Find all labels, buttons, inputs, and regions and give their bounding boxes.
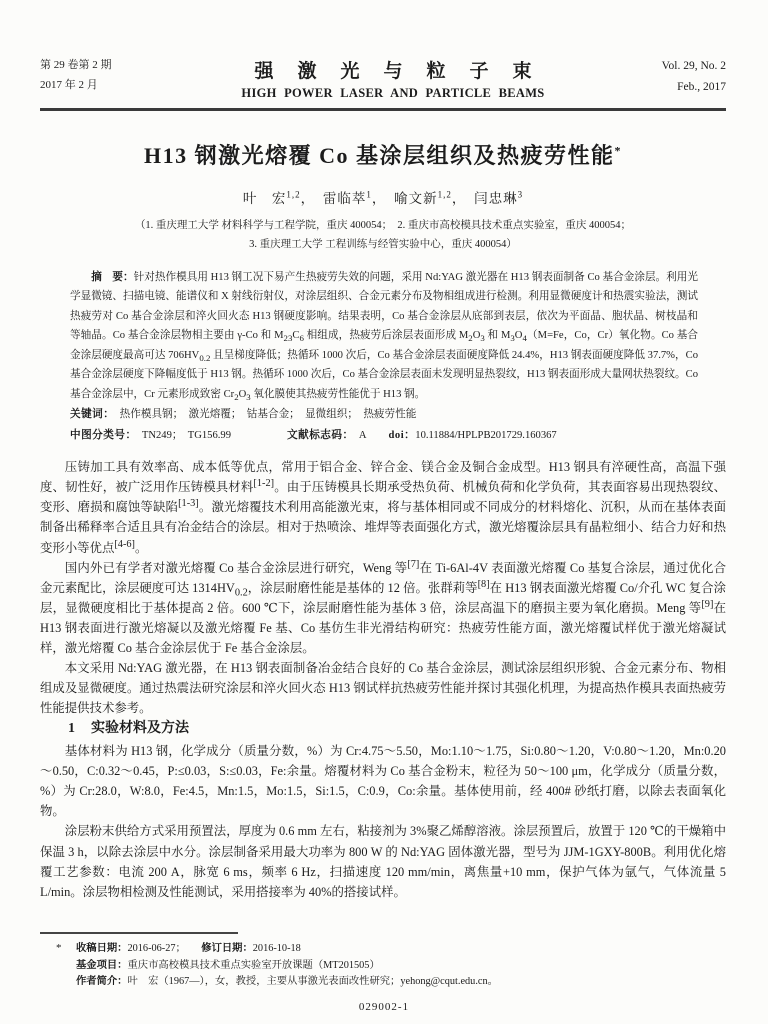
affiliations: （1. 重庆理工大学 材料科学与工程学院，重庆 400054； 2. 重庆市高校… [40, 216, 726, 255]
page-number: 029002-1 [0, 1001, 768, 1013]
doi-label: doi： [389, 430, 416, 441]
journal-header: 第 29 卷第 2 期 2017 年 2 月 强激光与粒子束 HIGH POWE… [40, 56, 726, 101]
issue-date-en: Feb., 2017 [626, 77, 726, 98]
clc-label: 中图分类号： [70, 430, 131, 441]
abstract-paragraph: 摘 要：针对热作模具用 H13 钢工况下易产生热疲劳失效的问题，采用 Nd:YA… [70, 268, 698, 404]
volume-number-en: Vol. 29, No. 2 [626, 56, 726, 77]
footnote-divider [40, 932, 238, 934]
journal-title-block: 强激光与粒子束 HIGH POWER LASER AND PARTICLE BE… [160, 56, 626, 101]
header-volume-block: Vol. 29, No. 2 Feb., 2017 [626, 56, 726, 97]
footnote-marker: * [56, 940, 62, 958]
issue-date-cn: 2017 年 2 月 [40, 76, 160, 96]
abstract-block: 摘 要：针对热作模具用 H13 钢工况下易产生热疲劳失效的问题，采用 Nd:YA… [70, 268, 698, 445]
journal-title-en: HIGH POWER LASER AND PARTICLE BEAMS [160, 86, 626, 101]
abstract-text: 针对热作模具用 H13 钢工况下易产生热疲劳失效的问题，采用 Nd:YAG 激光… [70, 272, 698, 400]
header-issue-block: 第 29 卷第 2 期 2017 年 2 月 [40, 56, 160, 96]
clc-value: TN249； TG156.99 [142, 430, 231, 441]
section-1-paragraph-2: 涂层粉末供给方式采用预置法，厚度为 0.6 mm 左右，粘接剂为 3%聚乙烯醇溶… [40, 821, 726, 901]
keywords-text: 热作模具钢； 激光熔覆； 钴基合金； 显微组织； 热疲劳性能 [120, 409, 417, 420]
journal-title-cn: 强激光与粒子束 [160, 56, 626, 83]
authors-line: 叶 宏1,2， 雷临萃1， 喻文新1,2， 闫忠琳3 [40, 187, 726, 207]
footnote-body: * 收稿日期：2016-06-27； 修订日期：2016-10-18 基金项目：… [40, 941, 726, 991]
doc-code-label: 文献标志码： [287, 430, 348, 441]
affiliation-line-1: （1. 重庆理工大学 材料科学与工程学院，重庆 400054； 2. 重庆市高校… [40, 216, 726, 235]
issue-number: 第 29 卷第 2 期 [40, 56, 160, 76]
clc-line: 中图分类号： TN249； TG156.99文献标志码： Adoi：10.118… [70, 426, 698, 445]
affiliation-line-2: 3. 重庆理工大学 工程训练与经管实验中心，重庆 400054） [40, 235, 726, 254]
intro-paragraph-1: 压铸加工具有效率高、成本低等优点，常用于铝合金、锌合金、镁合金及铜合金成型。H1… [40, 457, 726, 557]
section-1-title: 实验材料及方法 [91, 721, 189, 736]
paper-page: 第 29 卷第 2 期 2017 年 2 月 强激光与粒子束 HIGH POWE… [0, 0, 768, 1024]
header-divider [40, 108, 726, 111]
section-1-heading: 1实验材料及方法 [40, 718, 726, 741]
doc-code-value: A [359, 430, 367, 441]
intro-paragraph-2: 国内外已有学者对激光熔覆 Co 基合金涂层进行研究，Weng 等[7]在 Ti-… [40, 558, 726, 658]
section-1-number: 1 [68, 721, 75, 736]
footnote-received-line: 收稿日期：2016-06-27； 修订日期：2016-10-18 [76, 941, 726, 958]
abstract-label: 摘 要： [91, 272, 133, 283]
section-1-paragraph-1: 基体材料为 H13 钢，化学成分（质量分数，%）为 Cr:4.75～5.50，M… [40, 741, 726, 821]
paper-title: H13 钢激光熔覆 Co 基涂层组织及热疲劳性能* [40, 139, 726, 170]
title-footnote-mark: * [615, 144, 623, 158]
footnote-biography-line: 作者简介：叶 宏（1967—），女，教授，主要从事激光表面改性研究；yehong… [76, 974, 726, 991]
keywords-label: 关键词： [70, 409, 109, 420]
doi-value: 10.11884/HPLPB201729.160367 [415, 430, 556, 441]
paper-title-text: H13 钢激光熔覆 Co 基涂层组织及热疲劳性能 [144, 143, 615, 168]
article-body: 压铸加工具有效率高、成本低等优点，常用于铝合金、锌合金、镁合金及铜合金成型。H1… [40, 457, 726, 902]
intro-paragraph-3: 本文采用 Nd:YAG 激光器，在 H13 钢表面制备冶金结合良好的 Co 基合… [40, 658, 726, 718]
keywords-line: 关键词： 热作模具钢； 激光熔覆； 钴基合金； 显微组织； 热疲劳性能 [70, 405, 698, 424]
footnote-fund-line: 基金项目：重庆市高校模具技术重点实验室开放课题（MT201505） [76, 958, 726, 975]
footnote-block: * 收稿日期：2016-06-27； 修订日期：2016-10-18 基金项目：… [40, 932, 726, 991]
